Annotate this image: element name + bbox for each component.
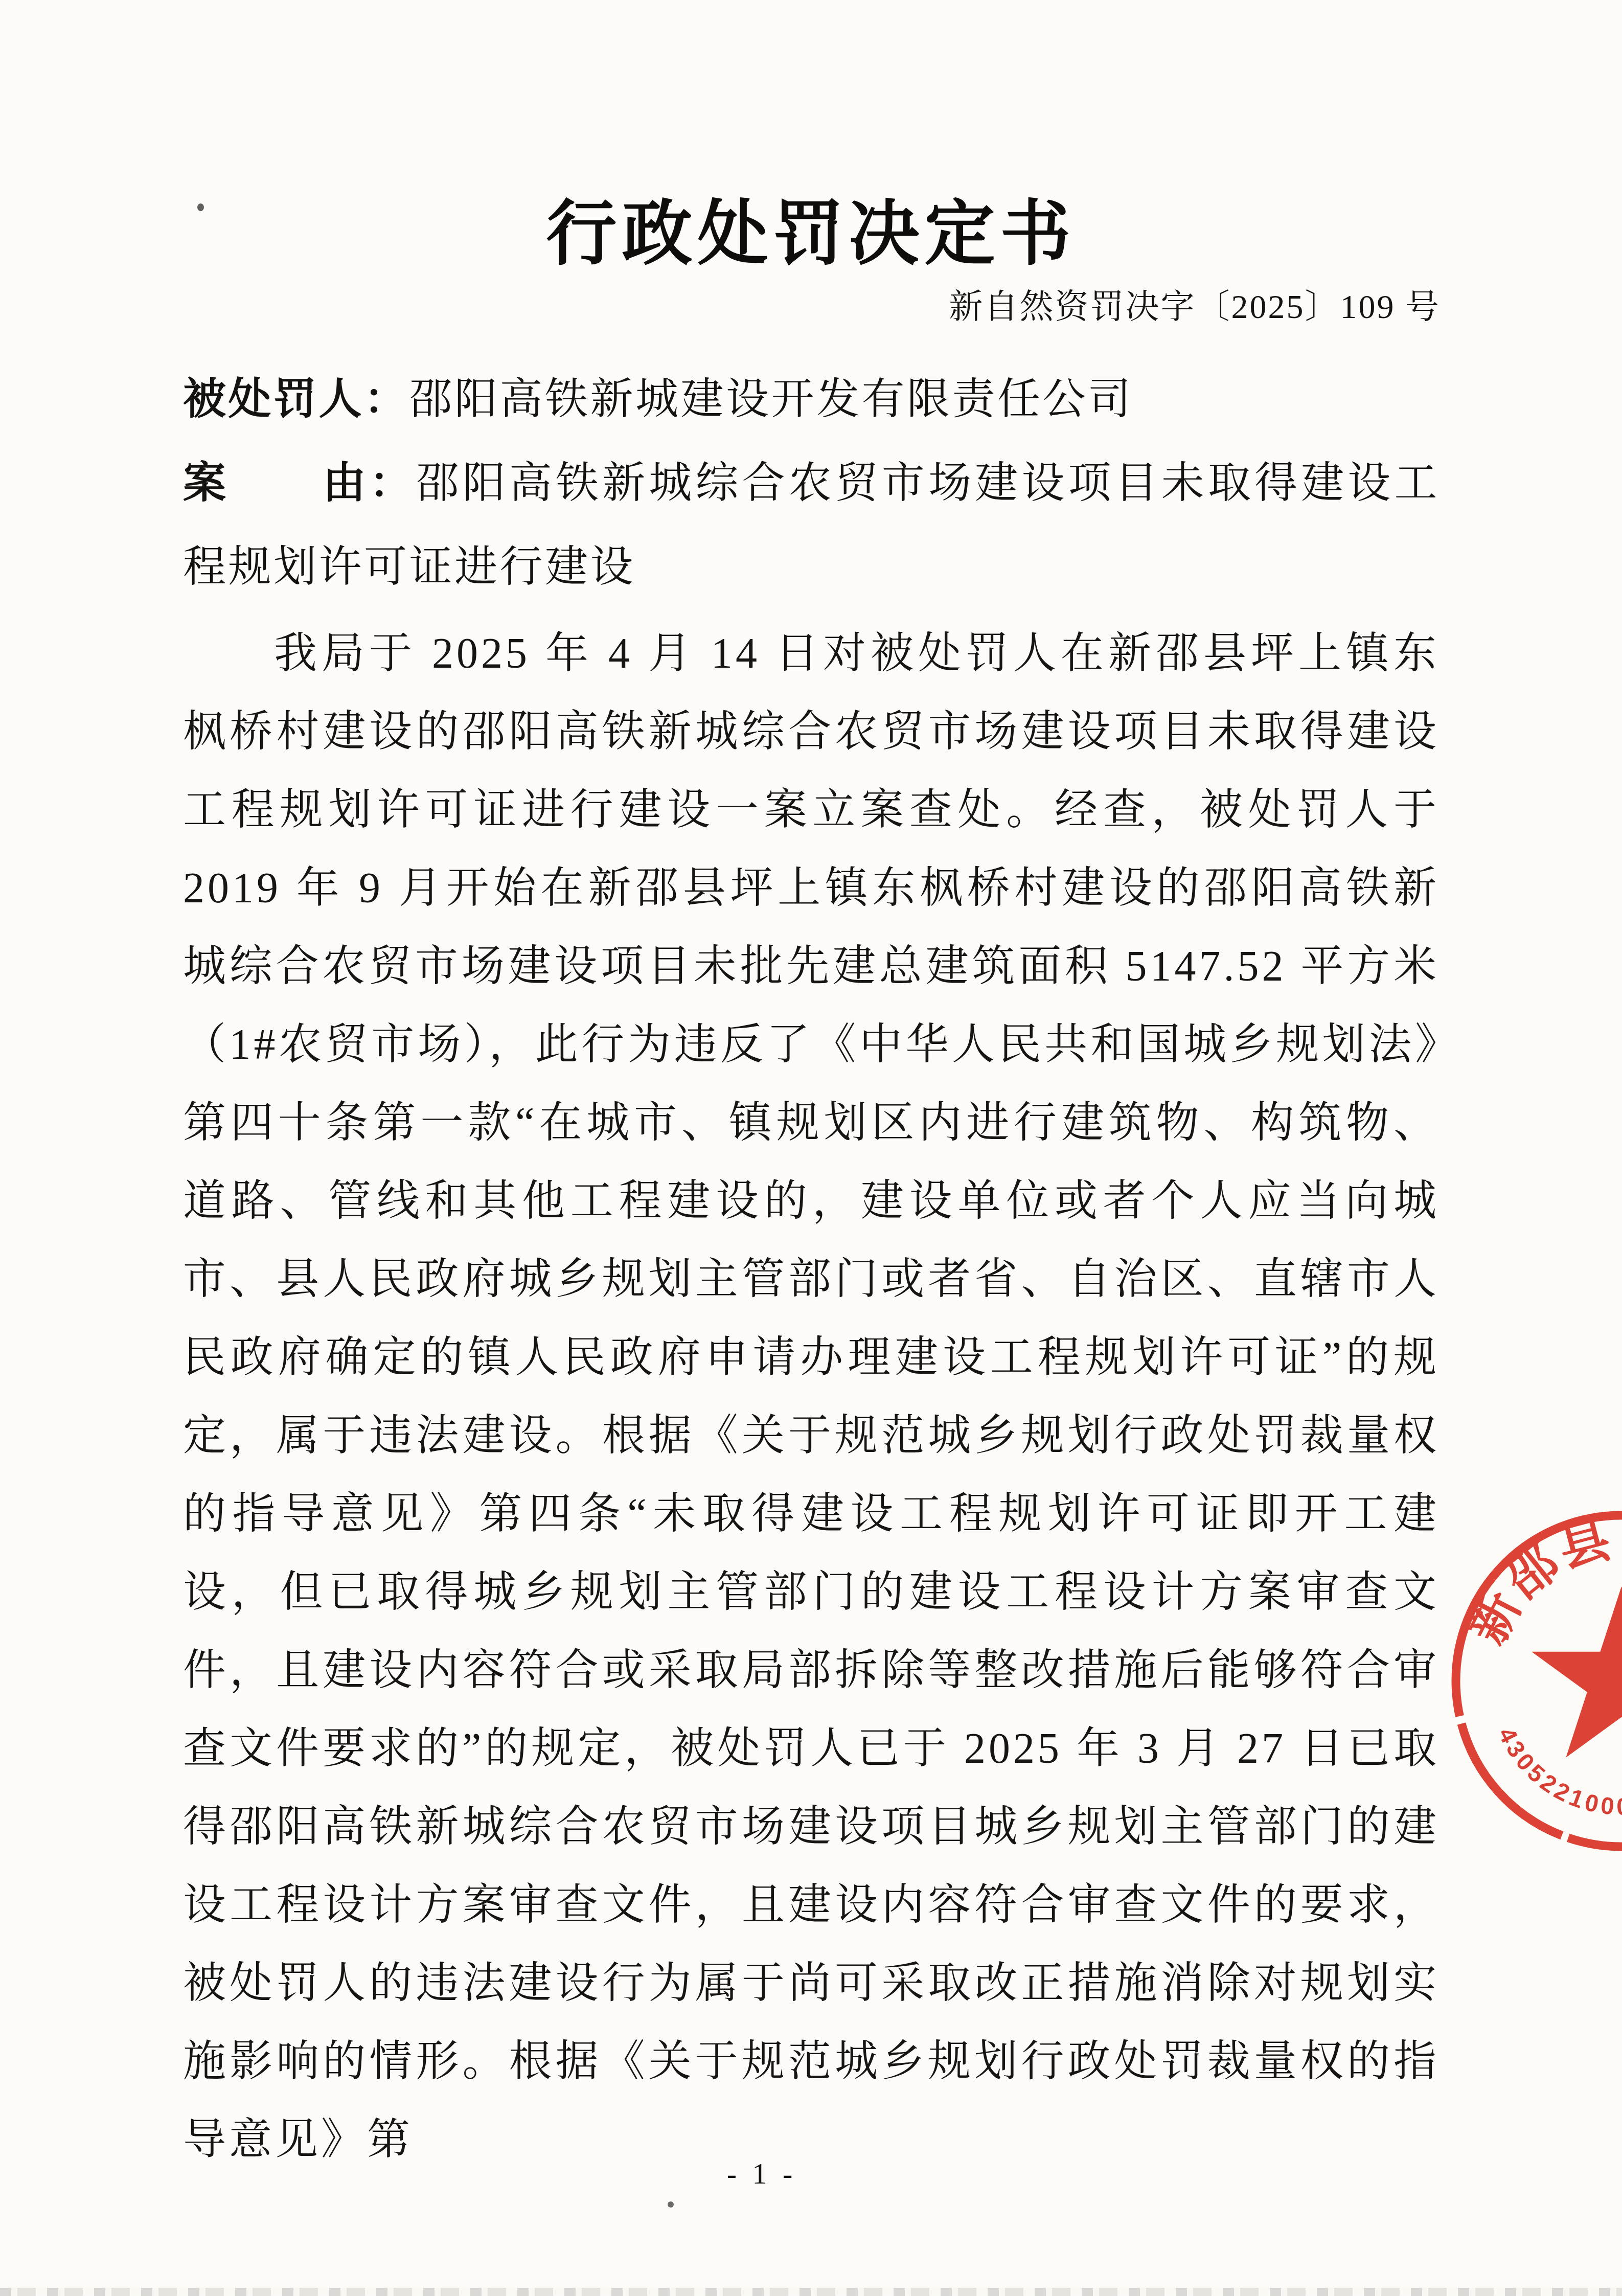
field-row-case-cause: 案 由：邵阳高铁新城综合农贸市场建设项目未取得建设工程规划许可证进行建设 — [183, 442, 1440, 609]
field-label: 被处罚人： — [183, 376, 409, 423]
page-number: - 1 - — [0, 2156, 1523, 2191]
field-label: 案 由： — [183, 460, 416, 507]
document-number: 新自然资罚决字〔2025〕109 号 — [0, 279, 1441, 328]
field-row-penalized-party: 被处罚人：邵阳高铁新城建设开发有限责任公司 — [183, 358, 1440, 442]
body-paragraph: 我局于 2025 年 4 月 14 日对被处罚人在新邵县坪上镇东枫桥村建设的邵阳… — [183, 615, 1440, 2179]
ink-speck — [197, 203, 204, 211]
seal-text: 新邵县 — [1458, 1510, 1618, 1652]
document-content: 被处罚人：邵阳高铁新城建设开发有限责任公司 案 由：邵阳高铁新城综合农贸市场建设… — [183, 358, 1440, 2179]
document-title: 行政处罚决定书 — [0, 177, 1622, 278]
seal-star-icon — [1532, 1586, 1622, 1758]
scan-edge-artifact — [0, 2288, 1622, 2296]
document-page: 行政处罚决定书 新自然资罚决字〔2025〕109 号 被处罚人：邵阳高铁新城建设… — [0, 0, 1622, 2296]
ink-speck — [668, 2201, 674, 2208]
field-value: 邵阳高铁新城建设开发有限责任公司 — [409, 376, 1133, 423]
official-seal: 新邵县 4305221000531 — [1417, 1476, 1622, 1885]
